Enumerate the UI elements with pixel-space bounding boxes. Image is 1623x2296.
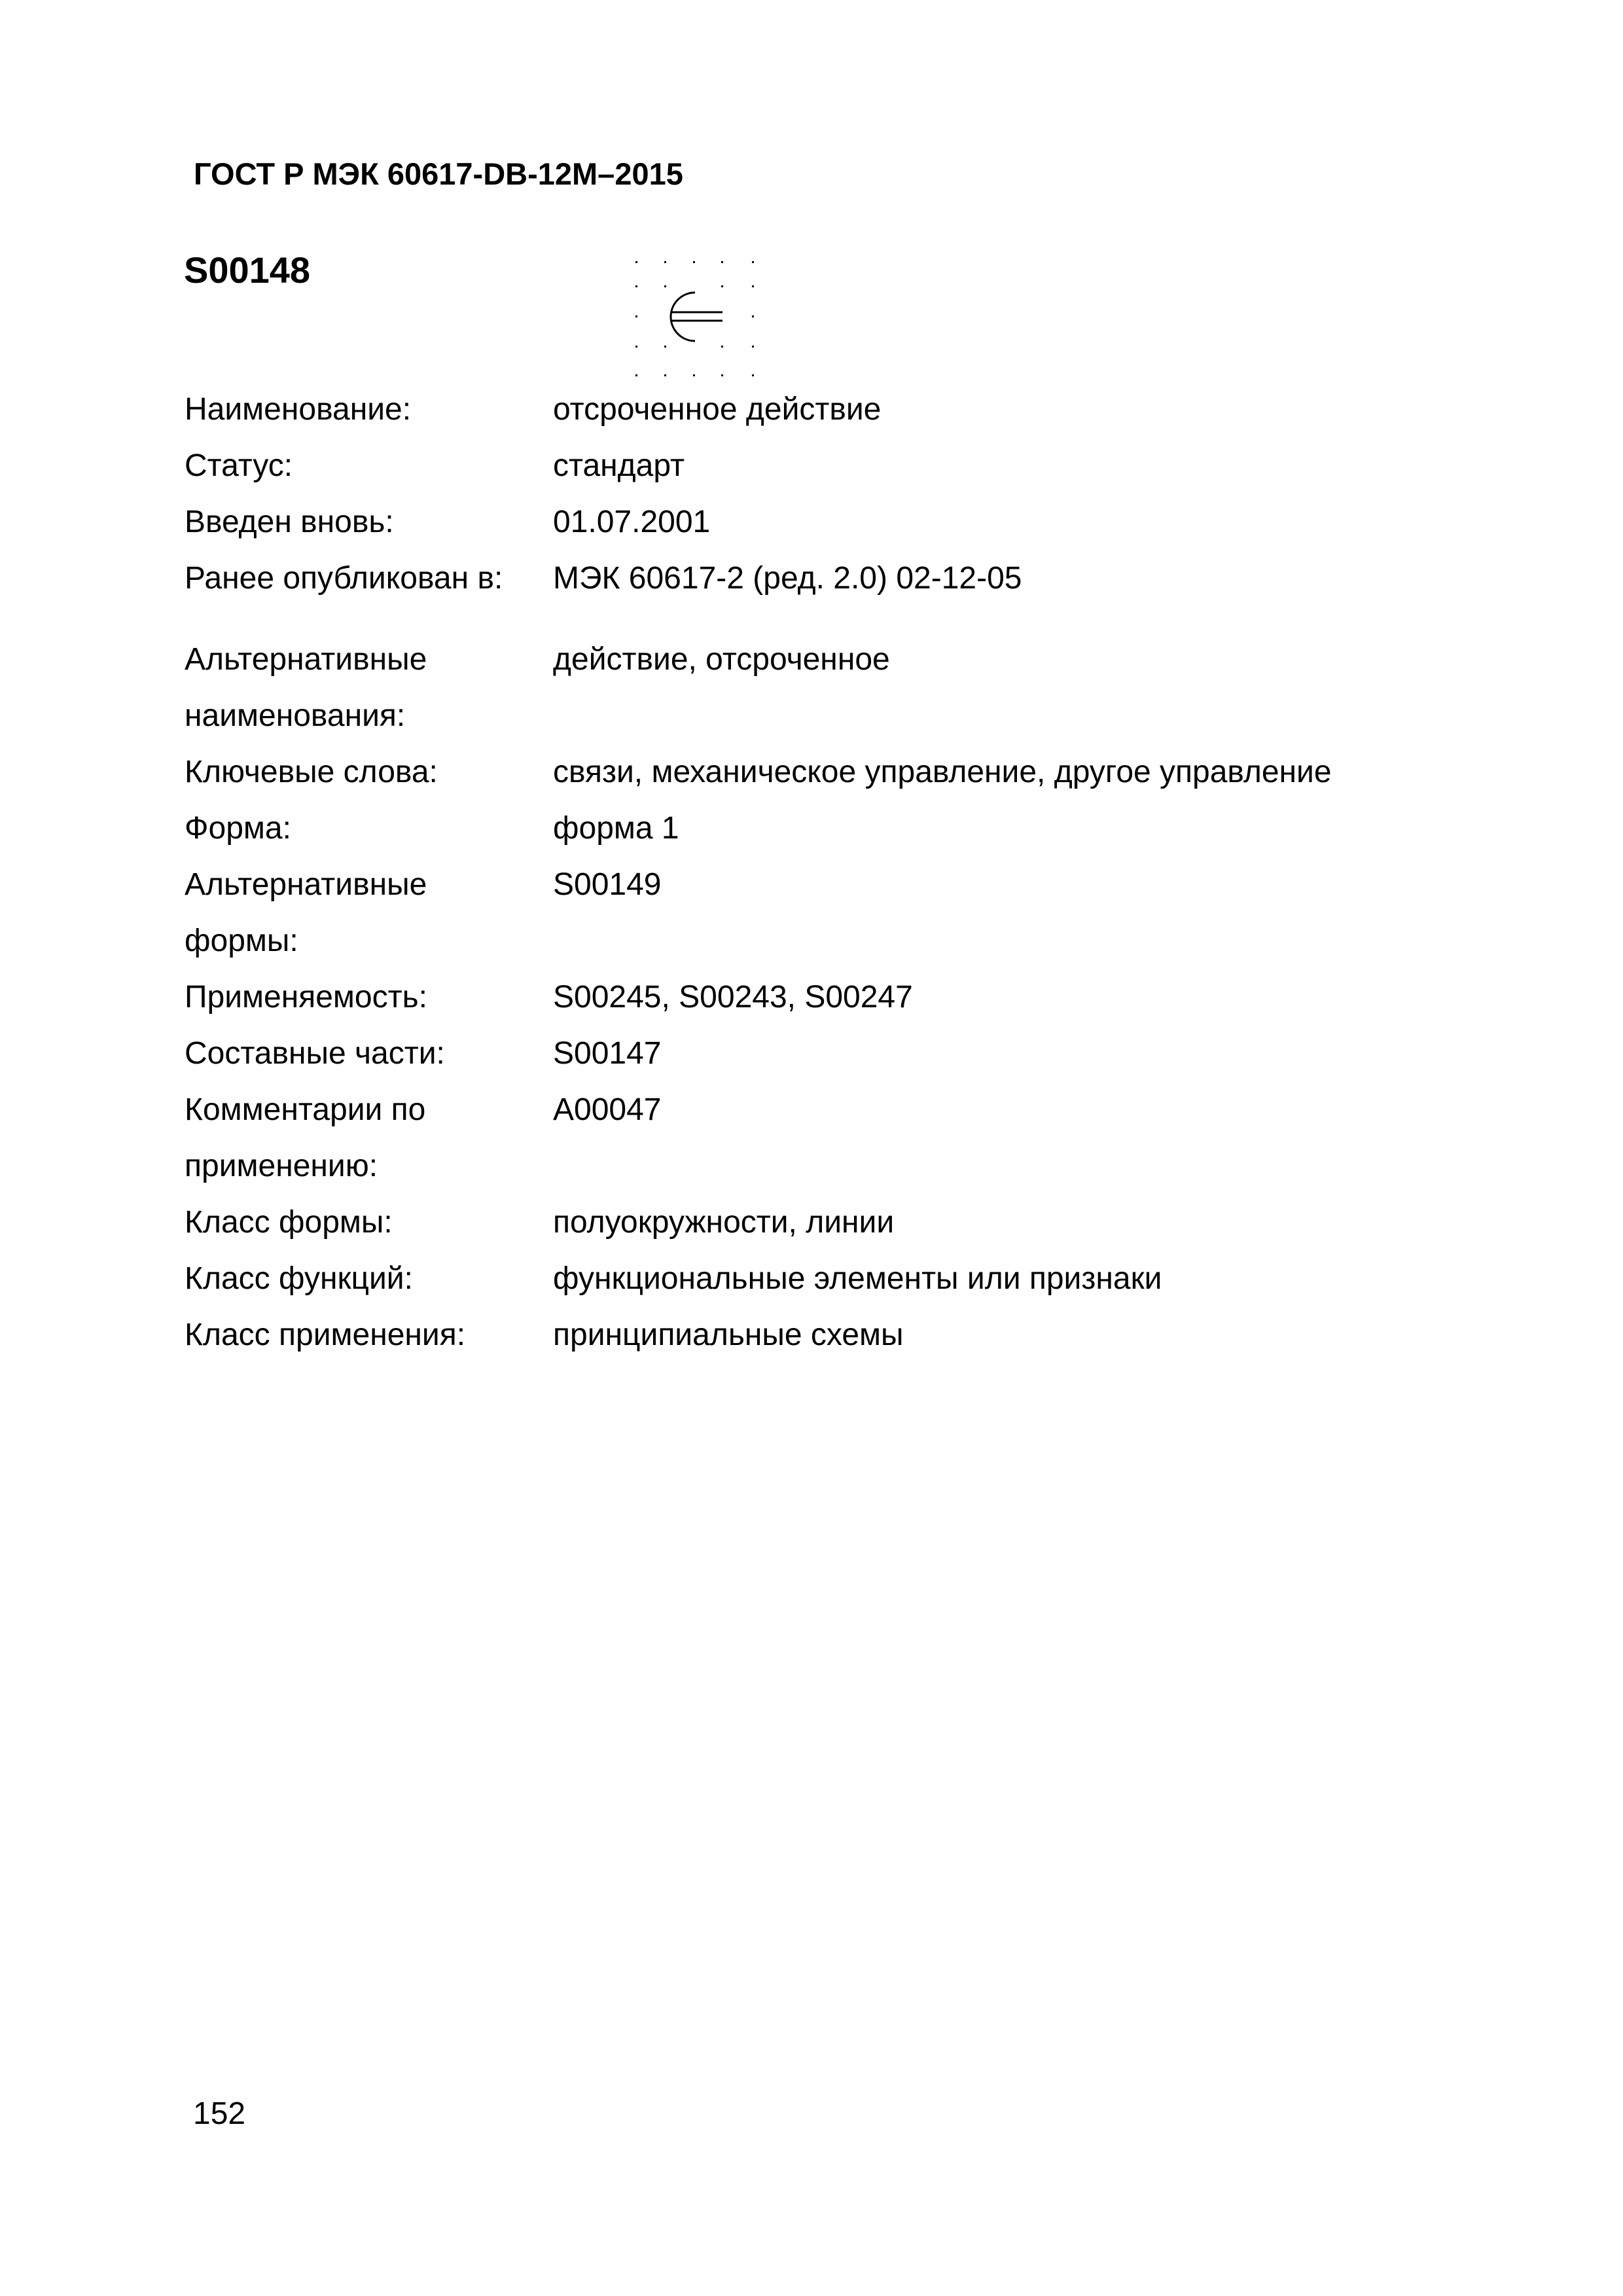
property-value: S00149 (553, 857, 1493, 913)
property-value: стандарт (553, 438, 1493, 494)
property-label: Наименование: (185, 382, 553, 438)
property-row-function-class: Класс функций: функциональные элементы и… (185, 1251, 1493, 1307)
property-label: Класс применения: (185, 1307, 553, 1363)
property-value: 01.07.2001 (553, 494, 1493, 550)
property-label: Ранее опубликован в: (185, 550, 553, 607)
property-row-name: Наименование: отсроченное действие (185, 382, 1493, 438)
property-value: функциональные элементы или признаки (553, 1251, 1493, 1307)
property-value: S00245, S00243, S00247 (553, 969, 1493, 1026)
delayed-action-semicircle-icon (615, 249, 759, 380)
property-value: отсроченное действие (553, 382, 1493, 438)
property-value: принципиальные схемы (553, 1307, 1493, 1363)
property-label: Статус: (185, 438, 553, 494)
page-number: 152 (193, 2094, 245, 2134)
property-row-application-class: Класс применения: принципиальные схемы (185, 1307, 1493, 1363)
property-value: S00147 (553, 1026, 1493, 1082)
property-row-form: Форма: форма 1 (185, 800, 1493, 857)
property-label: Применяемость: (185, 969, 553, 1026)
symbol-id: S00148 (184, 247, 310, 293)
grid-dots (635, 261, 754, 376)
property-label: Комментарии по применению: (185, 1082, 553, 1194)
property-label: Форма: (185, 800, 553, 857)
property-label: Класс функций: (185, 1251, 553, 1307)
property-label: Альтернативные формы: (185, 857, 553, 969)
property-label: Ключевые слова: (185, 744, 553, 800)
property-row-components: Составные части: S00147 (185, 1026, 1493, 1082)
property-row-keywords: Ключевые слова: связи, механическое упра… (185, 744, 1493, 800)
standard-title: ГОСТ Р МЭК 60617-DB-12М–2015 (194, 154, 683, 194)
property-label: Альтернативные наименования: (185, 632, 553, 744)
property-value: A00047 (553, 1082, 1493, 1138)
property-row-introduced: Введен вновь: 01.07.2001 (185, 494, 1493, 550)
properties-table: Наименование: отсроченное действие Стату… (185, 382, 1493, 1363)
property-value: полуокружности, линии (553, 1194, 1493, 1251)
property-label: Введен вновь: (185, 494, 553, 550)
property-row-applicability: Применяемость: S00245, S00243, S00247 (185, 969, 1493, 1026)
property-value: МЭК 60617-2 (ред. 2.0) 02-12-05 (553, 550, 1493, 607)
property-label: Класс формы: (185, 1194, 553, 1251)
property-row-alternative-names: Альтернативные наименования: действие, о… (185, 632, 1493, 744)
property-label: Составные части: (185, 1026, 553, 1082)
property-row-previously-published: Ранее опубликован в: МЭК 60617-2 (ред. 2… (185, 550, 1493, 607)
property-value: связи, механическое управление, другое у… (553, 744, 1493, 800)
property-row-application-notes: Комментарии по применению: A00047 (185, 1082, 1493, 1194)
property-value: действие, отсроченное (553, 632, 1493, 688)
property-row-shape-class: Класс формы: полуокружности, линии (185, 1194, 1493, 1251)
property-value: форма 1 (553, 800, 1493, 857)
property-row-status: Статус: стандарт (185, 438, 1493, 494)
property-row-alternative-forms: Альтернативные формы: S00149 (185, 857, 1493, 969)
